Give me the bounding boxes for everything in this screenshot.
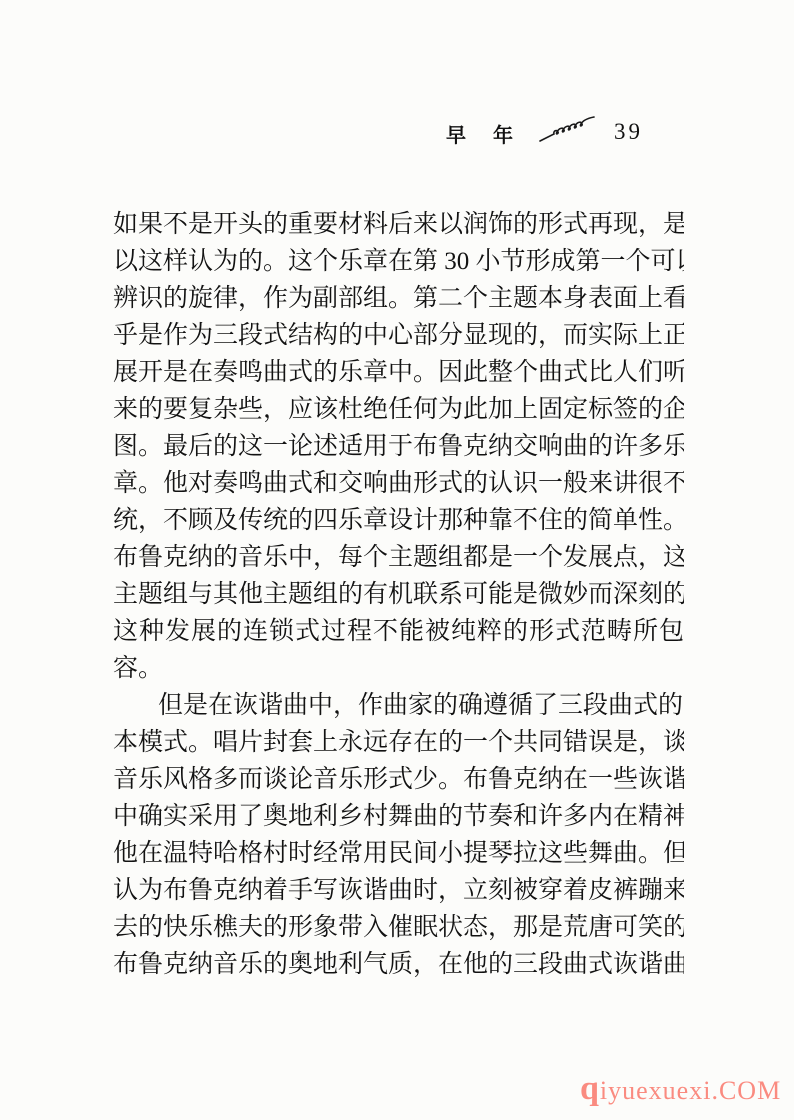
text-line: 展开是在奏鸣曲式的乐章中。因此整个曲式比人们听起	[113, 354, 684, 391]
text-line: 认为布鲁克纳着手写诙谐曲时，立刻被穿着皮裤蹦来蹦	[113, 872, 684, 909]
text-line: 这种发展的连锁式过程不能被纯粹的形式范畴所包	[113, 613, 684, 650]
text-line: 中确实采用了奥地利乡村舞曲的节奏和许多内在精神。	[113, 798, 684, 835]
text-line: 统，不顾及传统的四乐章设计那种靠不住的简单性。在	[113, 502, 684, 539]
running-head-char-1: 早	[446, 119, 466, 148]
text-line: 布鲁克纳的音乐中，每个主题组都是一个发展点，这一	[113, 539, 684, 576]
page-number: 39	[614, 119, 643, 145]
text-line: 来的要复杂些，应该杜绝任何为此加上固定标签的企	[113, 391, 684, 428]
text-line-paragraph-start: 但是在诙谐曲中，作曲家的确遵循了三段曲式的基	[113, 687, 684, 724]
text-line: 主题组与其他主题组的有机联系可能是微妙而深刻的，	[113, 576, 684, 613]
text-line: 音乐风格多而谈论音乐形式少。布鲁克纳在一些诙谐曲	[113, 761, 684, 798]
text-line: 辨识的旋律，作为副部组。第二个主题本身表面上看似	[113, 280, 684, 317]
watermark: qiyuexuexi.COM	[580, 1070, 781, 1108]
running-head: 早 年	[446, 119, 513, 148]
running-head-char-2: 年	[493, 119, 513, 148]
text-line: 乎是作为三段式结构的中心部分显现的，而实际上正式	[113, 317, 684, 354]
text-line: 图。最后的这一论述适用于布鲁克纳交响曲的许多乐	[113, 428, 684, 465]
text-line-paragraph-end: 容。	[113, 650, 684, 687]
body-text-column: 如果不是开头的重要材料后来以润饰的形式再现，是可 以这样认为的。这个乐章在第 3…	[113, 206, 684, 983]
scanned-book-page: 早 年 39 如果不是开头的重要材料后来以润饰的形式再现，是可 以这样认为的。这…	[0, 0, 794, 1120]
text-line: 章。他对奏鸣曲式和交响曲形式的认识一般来讲很不正	[113, 465, 684, 502]
flourish-icon	[537, 114, 597, 146]
text-line: 布鲁克纳音乐的奥地利气质，在他的三段曲式诙谐曲的	[113, 946, 684, 983]
text-line: 如果不是开头的重要材料后来以润饰的形式再现，是可	[113, 206, 684, 243]
text-line: 以这样认为的。这个乐章在第 30 小节形成第一个可以	[113, 243, 684, 280]
text-line: 本模式。唱片封套上永远存在的一个共同错误是，谈论	[113, 724, 684, 761]
text-line: 去的快乐樵夫的形象带入催眠状态，那是荒唐可笑的。	[113, 909, 684, 946]
text-line: 他在温特哈格村时经常用民间小提琴拉这些舞曲。但若	[113, 835, 684, 872]
